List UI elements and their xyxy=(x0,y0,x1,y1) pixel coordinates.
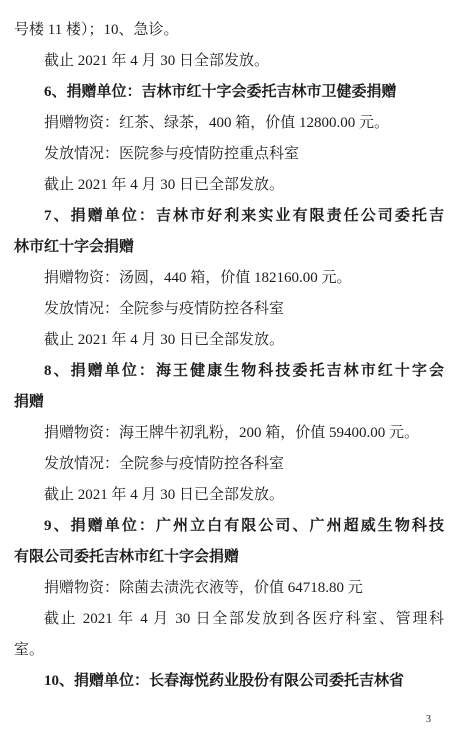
text-line: 发放情况：全院参与疫情防控各科室 xyxy=(14,449,444,480)
page-number: 3 xyxy=(426,715,431,725)
text-line: 捐赠 xyxy=(14,387,444,418)
text-line: 发放情况：全院参与疫情防控各科室 xyxy=(14,294,444,325)
document-body: 号楼 11 楼）；10、急诊。截止 2021 年 4 月 30 日全部发放。6、… xyxy=(14,15,444,697)
text-line: 林市红十字会捐赠 xyxy=(14,232,444,263)
text-line: 9、捐赠单位：广州立白有限公司、广州超威生物科技 xyxy=(14,511,444,542)
text-line: 捐赠物资：海王牌牛初乳粉，200 箱，价值 59400.00 元。 xyxy=(14,418,444,449)
text-line: 截止 2021 年 4 月 30 日全部发放。 xyxy=(14,46,444,77)
text-line: 7、捐赠单位：吉林市好利来实业有限责任公司委托吉 xyxy=(14,201,444,232)
text-line: 捐赠物资：红茶、绿茶，400 箱，价值 12800.00 元。 xyxy=(14,108,444,139)
text-line: 8、捐赠单位：海王健康生物科技委托吉林市红十字会 xyxy=(14,356,444,387)
text-line: 发放情况：医院参与疫情防控重点科室 xyxy=(14,139,444,170)
text-line: 室。 xyxy=(14,635,444,666)
text-line: 捐赠物资：除菌去渍洗衣液等，价值 64718.80 元 xyxy=(14,573,444,604)
text-line: 捐赠物资：汤圆，440 箱，价值 182160.00 元。 xyxy=(14,263,444,294)
text-line: 截止 2021 年 4 月 30 日已全部发放。 xyxy=(14,480,444,511)
text-line: 有限公司委托吉林市红十字会捐赠 xyxy=(14,542,444,573)
text-line: 号楼 11 楼）；10、急诊。 xyxy=(14,15,444,46)
text-line: 截止 2021 年 4 月 30 日已全部发放。 xyxy=(14,170,444,201)
text-line: 截止 2021 年 4 月 30 日已全部发放。 xyxy=(14,325,444,356)
text-line: 截止 2021 年 4 月 30 日全部发放到各医疗科室、管理科 xyxy=(14,604,444,635)
text-line: 10、捐赠单位：长春海悦药业股份有限公司委托吉林省 xyxy=(14,666,444,697)
text-line: 6、捐赠单位：吉林市红十字会委托吉林市卫健委捐赠 xyxy=(14,77,444,108)
document-page: 号楼 11 楼）；10、急诊。截止 2021 年 4 月 30 日全部发放。6、… xyxy=(0,0,459,737)
